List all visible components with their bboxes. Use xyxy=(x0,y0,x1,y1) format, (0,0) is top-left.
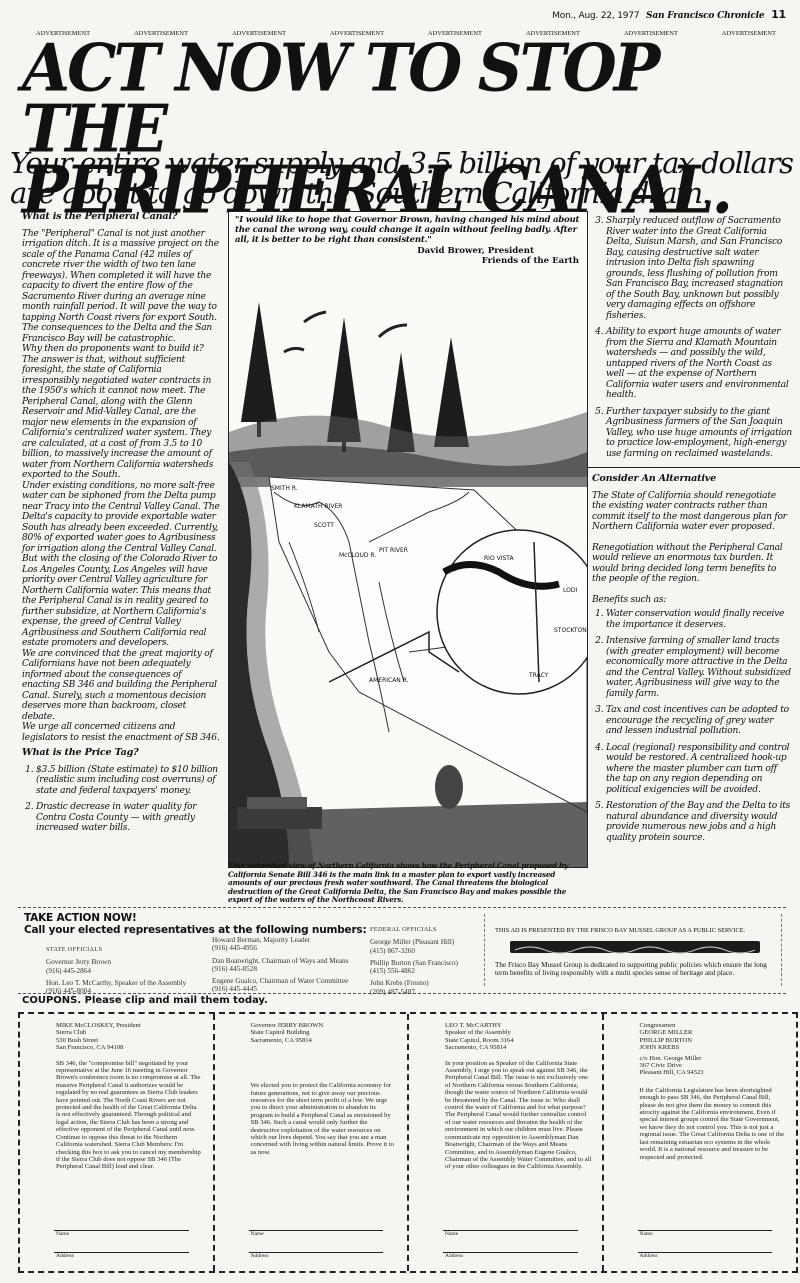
state-officials-heading: STATE OFFICIALS xyxy=(46,946,226,954)
map-label: AMERICAN R. xyxy=(369,677,409,684)
official-entry: Phillip Burton (San Francisco) (415) 556… xyxy=(370,959,495,976)
official-name: Eugene Gualco, Chairman of Water Committ… xyxy=(212,977,392,985)
page-number: 11 xyxy=(771,8,786,21)
name-field[interactable] xyxy=(54,1230,189,1231)
list-item: $3.5 billion (State estimate) to $10 bil… xyxy=(36,765,220,797)
paragraph: Why then do proponents want to build it?… xyxy=(22,344,220,481)
official-name: Hon. Leo T. McCarthy, Speaker of the Ass… xyxy=(46,979,226,987)
address-line: State Capitol Building xyxy=(251,1029,398,1036)
official-name: Howard Berman, Majority Leader xyxy=(212,936,392,944)
left-column: What is the Peripheral Canal? The "Perip… xyxy=(22,212,220,840)
name-label: Name xyxy=(56,1231,69,1238)
address-line: Speaker of the Assembly xyxy=(445,1029,592,1036)
divider xyxy=(588,467,800,468)
coupons-grid: MIKE McCLOSKEY, President Sierra Club 53… xyxy=(18,1012,798,1273)
official-phone: (209) 487-5487 xyxy=(370,988,495,996)
address-line: Congressmen xyxy=(640,1022,787,1029)
address-line: San Francisco, CA 94108 xyxy=(56,1044,203,1051)
list-item: Tax and cost incentives can be adopted t… xyxy=(606,705,792,737)
address-line: c/o Hon. George Miller xyxy=(640,1055,787,1062)
list-item: Intensive farming of smaller land tracts… xyxy=(606,636,792,699)
sponsor-header: THIS AD IS PRESENTED BY THE FRISCO BAY M… xyxy=(495,927,745,934)
headline-line-1: ACT NOW TO STOP THE xyxy=(22,38,792,160)
list-item: Restoration of the Bay and the Delta to … xyxy=(606,801,792,843)
official-phone: (916) 445-8528 xyxy=(212,965,392,973)
federal-officials-heading: FEDERAL OFFICIALS xyxy=(370,926,495,934)
assembly-officials: Howard Berman, Majority Leader (916) 445… xyxy=(212,936,392,998)
dateline: Mon., Aug. 22, 1977 San Francisco Chroni… xyxy=(552,8,786,21)
benefits-list: Water conservation would finally receive… xyxy=(592,609,792,843)
name-label: Name xyxy=(640,1231,653,1238)
official-name: George Miller (Pleasant Hill) xyxy=(370,938,495,946)
map-label: McCLOUD R. xyxy=(339,552,376,559)
coupon-sierra-club[interactable]: MIKE McCLOSKEY, President Sierra Club 53… xyxy=(20,1014,215,1271)
coupon-address: MIKE McCLOSKEY, President Sierra Club 53… xyxy=(56,1022,203,1052)
coupons-title: COUPONS. Please clip and mail them today… xyxy=(22,995,268,1006)
paragraph: Renegotiation without the Peripheral Can… xyxy=(592,543,792,585)
paragraph: Under existing conditions, no more salt-… xyxy=(22,481,220,649)
official-name: Phillip Burton (San Francisco) xyxy=(370,959,495,967)
address-field[interactable] xyxy=(638,1252,773,1253)
subheadline: Your entire water supply and 3.5 billion… xyxy=(10,148,800,208)
name-field[interactable] xyxy=(249,1230,384,1231)
address-label: Address xyxy=(56,1253,74,1260)
coupon-body: SB 346, the "compromise bill" negotiated… xyxy=(56,1060,203,1171)
official-entry: Eugene Gualco, Chairman of Water Committ… xyxy=(212,977,392,994)
subheadline-line-2: are about to go down the Southern Califo… xyxy=(10,178,800,208)
address-line: 367 Civic Drive xyxy=(640,1062,787,1069)
name-label: Name xyxy=(445,1231,458,1238)
list-item: Ability to export huge amounts of water … xyxy=(606,327,792,401)
coupon-leo-mccarthy[interactable]: LEO T. McCARTHY Speaker of the Assembly … xyxy=(409,1014,604,1271)
address-line: JOHN KREBS xyxy=(640,1044,787,1051)
newspaper-name: San Francisco Chronicle xyxy=(646,11,764,21)
pull-quote: "I would like to hope that Governor Brow… xyxy=(235,215,580,245)
address-label: Address xyxy=(640,1253,658,1260)
address-field[interactable] xyxy=(54,1252,189,1253)
illustration-caption: This watershed view of Northern Californ… xyxy=(228,862,588,905)
official-entry: Dan Boatwright, Chairman of Ways and Mea… xyxy=(212,957,392,974)
name-field[interactable] xyxy=(638,1230,773,1231)
address-line: Governor JERRY BROWN xyxy=(251,1022,398,1029)
map-label: SCOTT xyxy=(314,522,334,529)
subheadline-line-1: Your entire water supply and 3.5 billion… xyxy=(10,148,800,178)
advertisement-label: ADVERTISEMENT xyxy=(722,30,776,37)
name-field[interactable] xyxy=(443,1230,578,1231)
coupon-address: LEO T. McCARTHY Speaker of the Assembly … xyxy=(445,1022,592,1052)
consequences-list: Sharply reduced outflow of Sacramento Ri… xyxy=(592,216,792,459)
address-line: Sacramento, CA 95814 xyxy=(445,1044,592,1051)
coupon-body: We elected you to protect the California… xyxy=(251,1082,398,1156)
official-name: John Krebs (Fresno) xyxy=(370,979,495,987)
paragraph: We urge all concerned citizens and legis… xyxy=(22,722,220,743)
decorative-vine-band-icon xyxy=(510,941,760,953)
address-line: PHILLIP BURTON xyxy=(640,1037,787,1044)
official-entry: George Miller (Pleasant Hill) (415) 867-… xyxy=(370,938,495,955)
address-line: Pleasant Hill, CA 94523 xyxy=(640,1069,787,1076)
official-phone: (415) 556-4862 xyxy=(370,967,495,975)
address-label: Address xyxy=(445,1253,463,1260)
address-label: Address xyxy=(251,1253,269,1260)
coupon-governor-brown[interactable]: Governor JERRY BROWN State Capitol Build… xyxy=(215,1014,410,1271)
take-action-heading: TAKE ACTION NOW! xyxy=(24,912,366,924)
paragraph: The "Peripheral" Canal is not just anoth… xyxy=(22,229,220,345)
paragraph: We are convinced that the great majority… xyxy=(22,649,220,723)
address-field[interactable] xyxy=(249,1252,384,1253)
official-entry: Hon. Leo T. McCarthy, Speaker of the Ass… xyxy=(46,979,226,996)
paragraph: Benefits such as: xyxy=(592,595,792,606)
price-list: $3.5 billion (State estimate) to $10 bil… xyxy=(22,765,220,834)
official-entry: Governor Jerry Brown (916) 445-2864 xyxy=(46,958,226,975)
paragraph: The State of California should renegotia… xyxy=(592,491,792,533)
quote-attribution: David Brower, President Friends of the E… xyxy=(417,246,579,266)
list-item: Sharply reduced outflow of Sacramento Ri… xyxy=(606,216,792,321)
map-label: LODI xyxy=(563,587,577,594)
name-label: Name xyxy=(251,1231,264,1238)
watershed-map-illustration: RIO VISTA LODI STOCKTON TRACY SMITH R. K… xyxy=(229,212,587,867)
address-line: LEO T. McCARTHY xyxy=(445,1022,592,1029)
section-heading: What is the Peripheral Canal? xyxy=(22,212,220,223)
map-label: SMITH R. xyxy=(271,485,298,492)
take-action-subheading: Call your elected representatives at the… xyxy=(24,924,366,936)
address-line: Sierra Club xyxy=(56,1029,203,1036)
watershed-illustration: RIO VISTA LODI STOCKTON TRACY SMITH R. K… xyxy=(228,211,588,868)
coupon-congressmen[interactable]: Congressmen GEORGE MILLER PHILLIP BURTON… xyxy=(604,1014,797,1271)
map-label: TRACY xyxy=(528,672,549,679)
sponsor-description: The Frisco Bay Mussel Group is dedicated… xyxy=(495,961,775,978)
official-name: Dan Boatwright, Chairman of Ways and Mea… xyxy=(212,957,392,965)
official-name: Governor Jerry Brown xyxy=(46,958,226,966)
right-column: Sharply reduced outflow of Sacramento Ri… xyxy=(592,212,792,849)
section-heading: Consider An Alternative xyxy=(592,474,792,485)
newspaper-page: Mon., Aug. 22, 1977 San Francisco Chroni… xyxy=(0,0,800,1283)
address-line: MIKE McCLOSKEY, President xyxy=(56,1022,203,1029)
address-line: State Capitol, Room 3164 xyxy=(445,1037,592,1044)
coupon-body: If the California Legislature has been s… xyxy=(640,1087,787,1161)
federal-officials: FEDERAL OFFICIALS George Miller (Pleasan… xyxy=(370,926,495,1000)
official-entry: Howard Berman, Majority Leader (916) 445… xyxy=(212,936,392,953)
list-item: Drastic decrease in water quality for Co… xyxy=(36,802,220,834)
official-phone: (916) 445-4445 xyxy=(212,985,392,993)
official-phone: (916) 445-2864 xyxy=(46,967,226,975)
map-label: KLAMATH RIVER xyxy=(294,503,342,510)
official-entry: John Krebs (Fresno) (209) 487-5487 xyxy=(370,979,495,996)
map-label: STOCKTON xyxy=(554,627,587,634)
address-line: Sacramento, CA 95814 xyxy=(251,1037,398,1044)
list-item: Local (regional) responsibility and cont… xyxy=(606,743,792,796)
official-phone: (916) 445-4956 xyxy=(212,944,392,952)
official-phone: (415) 867-3260 xyxy=(370,947,495,955)
coupon-address: Governor JERRY BROWN State Capitol Build… xyxy=(251,1022,398,1044)
state-officials: STATE OFFICIALS Governor Jerry Brown (91… xyxy=(46,946,226,999)
section-heading: What is the Price Tag? xyxy=(22,748,220,759)
sponsor-box: THIS AD IS PRESENTED BY THE FRISCO BAY M… xyxy=(484,914,782,986)
list-item: Water conservation would finally receive… xyxy=(606,609,792,630)
map-label: PIT RIVER xyxy=(379,547,408,554)
coupon-address: Congressmen GEORGE MILLER PHILLIP BURTON… xyxy=(640,1022,787,1077)
issue-date: Mon., Aug. 22, 1977 xyxy=(552,11,639,21)
take-action-title: TAKE ACTION NOW! Call your elected repre… xyxy=(24,912,366,936)
attribution-name: David Brower, President xyxy=(417,246,534,256)
map-label: RIO VISTA xyxy=(484,555,514,562)
attribution-org: Friends of the Earth xyxy=(417,256,579,266)
address-field[interactable] xyxy=(443,1252,578,1253)
list-item: Further taxpayer subsidy to the giant Ag… xyxy=(606,407,792,460)
address-line: 530 Bush Street xyxy=(56,1037,203,1044)
address-line: GEORGE MILLER xyxy=(640,1029,787,1036)
coupon-body: In your position as Speaker of the Calif… xyxy=(445,1060,592,1171)
